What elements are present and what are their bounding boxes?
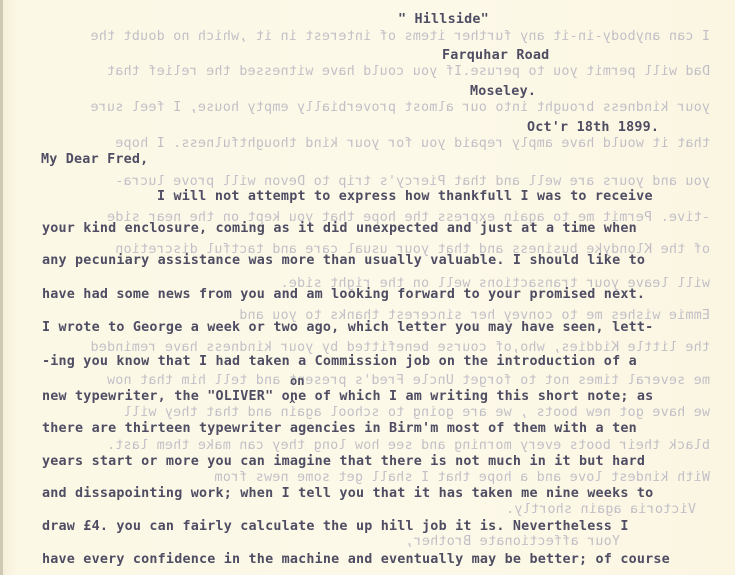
body-line: I will not attempt to express how thankf… — [157, 189, 653, 205]
letter-page: I can anybody-in-it any further items of… — [0, 0, 735, 575]
body-line: years start or more you can imagine that… — [42, 454, 645, 470]
address-house: " Hillside" — [398, 12, 489, 28]
bleed-through-line: Victoria again shortly. — [466, 502, 696, 518]
bleed-through-line: With kindest love and a hope that I shal… — [30, 470, 710, 486]
salutation: My Dear Fred, — [41, 152, 148, 168]
body-line: draw £4. you can fairly calculate the up… — [42, 519, 629, 535]
bleed-through-line: Your affectionate Brother, — [390, 534, 620, 550]
bleed-through-line: I can anybody-in-it any further items of… — [30, 29, 710, 45]
body-line: have every confidence in the machine and… — [42, 552, 670, 568]
bleed-through-line: Dad will permit you to peruse.If you cou… — [30, 64, 710, 80]
body-line: there are thirteen typewriter agencies i… — [42, 421, 637, 437]
body-line: any pecuniary assistance was more than u… — [42, 253, 645, 269]
insertion-caret: ^ — [289, 398, 296, 411]
body-line: have had some news from you and am looki… — [42, 287, 645, 303]
address-district: Moseley. — [470, 84, 536, 100]
bleed-through-line: we have got new boots , we are going to … — [30, 405, 710, 421]
bleed-through-line: your kindness brought into our almost pr… — [30, 100, 710, 116]
bleed-through-line: black their boots every morning and see … — [30, 438, 710, 454]
body-line: I wrote to George a week or two ago, whi… — [42, 320, 653, 336]
body-line: -ing you know that I had taken a Commiss… — [42, 354, 637, 370]
bleed-through-line: that it would have amply repaid you for … — [30, 136, 710, 152]
body-line: and dissapointing work; when I tell you … — [42, 486, 653, 502]
inserted-word: on — [290, 374, 304, 388]
page-edge — [0, 0, 3, 575]
body-line: new typewriter, the "OLIVER" one of whic… — [42, 389, 653, 405]
bleed-through-line: you and yours are well and that Piercy's… — [30, 174, 710, 190]
bleed-through-line: me several times not to forget Uncle Fre… — [30, 373, 710, 389]
address-road: Farquhar Road — [442, 48, 549, 64]
body-line: your kind enclosure, coming as it did un… — [42, 221, 637, 237]
letter-date: Oct'r 18th 1899. — [527, 120, 659, 136]
